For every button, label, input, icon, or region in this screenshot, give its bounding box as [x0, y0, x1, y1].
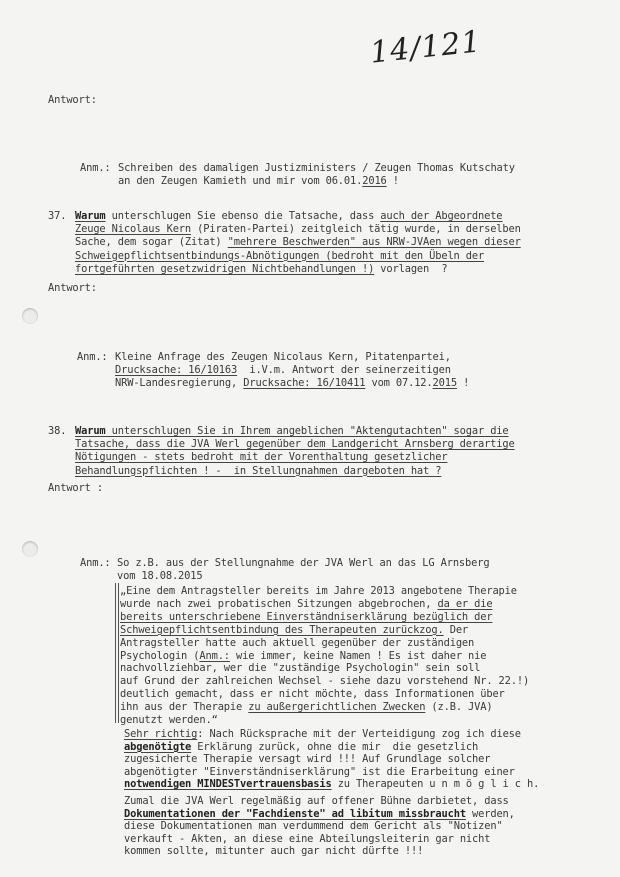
text-line: Zumal die JVA Werl regelmäßig auf offene… — [124, 795, 509, 808]
text-line: diese Dokumentationen man verdummend dem… — [124, 820, 503, 833]
note-prefix: Anm.: — [80, 557, 111, 570]
handwritten-page-number: 14/121 — [368, 24, 483, 70]
text-line: Psychologin (Anm.: wie immer, keine Name… — [120, 650, 486, 663]
text-line: notwendigen MINDESTvertrauensbasis zu Th… — [124, 778, 539, 791]
quote-bar — [115, 583, 119, 723]
text-line: fortgeführten gesetzwidrigen Nichtbehand… — [75, 263, 447, 276]
text-line: Tatsache, dass die JVA Werl gegenüber de… — [75, 438, 515, 451]
text-line: Zeuge Nicolaus Kern (Piraten-Partei) zei… — [75, 223, 521, 236]
text-line: Schweigepflichtsentbindungs-Abnötigungen… — [75, 250, 484, 263]
document-page: 14/121 Antwort: Anm.: Schreiben des dama… — [0, 0, 620, 877]
text-line: Warum unterschlugen Sie in Ihrem angebli… — [75, 425, 509, 438]
answer-label: Antwort: — [48, 94, 97, 107]
note-prefix: Anm.: — [80, 162, 111, 175]
text-line: Sehr richtig: Nach Rücksprache mit der V… — [124, 728, 521, 741]
answer-label: Antwort: — [48, 282, 97, 295]
text-line: Antragsteller hatte auch aktuell gegenüb… — [120, 637, 474, 650]
note2-line3: NRW-Landesregierung, Drucksache: 16/1041… — [115, 377, 469, 390]
text-line: bereits unterschriebene Einverständniser… — [120, 611, 492, 624]
text-line: auf Grund der zahlreichen Wechsel - sieh… — [120, 675, 529, 688]
text-line: verkauft - Akten, an diese eine Abteilun… — [124, 833, 490, 846]
question-number: 38. — [48, 425, 66, 438]
text-line: abgenötigte Erklärung zurück, ohne die m… — [124, 741, 478, 754]
punch-hole — [22, 541, 38, 557]
note1-line2: an den Zeugen Kamieth und mir vom 06.01.… — [118, 175, 399, 188]
text-line: Dokumentationen der "Fachdienste" ad lib… — [124, 808, 515, 821]
text-line: Nötigungen - stets bedroht mit der Voren… — [75, 451, 447, 464]
answer-label: Antwort : — [48, 482, 103, 495]
note2-line2: Drucksache: 16/10163 i.V.m. Antwort der … — [115, 364, 451, 377]
text-line: Warum unterschlugen Sie ebenso die Tatsa… — [75, 210, 502, 223]
question-number: 37. — [48, 210, 66, 223]
text-line: ihn aus der Therapie zu außergerichtlich… — [120, 701, 492, 714]
note3-line2: vom 18.08.2015 — [117, 570, 202, 583]
note3-line1: So z.B. aus der Stellungnahme der JVA We… — [117, 557, 489, 570]
note1-line1: Schreiben des damaligen Justizministers … — [118, 162, 515, 175]
text-line: wurde nach zwei probatischen Sitzungen a… — [120, 598, 492, 611]
text-line: kommen sollte, mitunter auch gar nicht d… — [124, 845, 423, 858]
text-line: abgenötigter "Einverständniserklärung" i… — [124, 766, 515, 779]
punch-hole — [22, 308, 38, 324]
note2-line1: Kleine Anfrage des Zeugen Nicolaus Kern,… — [115, 351, 451, 364]
text-line: nachvollziehbar, wer die "zuständige Psy… — [120, 662, 480, 675]
text-line: genutzt werden.“ — [120, 714, 218, 727]
text-line: Schweigepflichtsentbindung des Therapeut… — [120, 624, 468, 637]
text-line: deutlich gemacht, dass er nicht möchte, … — [120, 688, 505, 701]
text-line: „Eine dem Antragsteller bereits im Jahre… — [120, 585, 517, 598]
text-line: Behandlungspflichten ! - in Stellungnahm… — [75, 465, 441, 478]
text-line: zugesicherte Therapie versagt wird !!! A… — [124, 753, 490, 766]
text-line: Sache, dem sogar (Zitat) "mehrere Beschw… — [75, 236, 521, 249]
note-prefix: Anm.: — [77, 351, 108, 364]
